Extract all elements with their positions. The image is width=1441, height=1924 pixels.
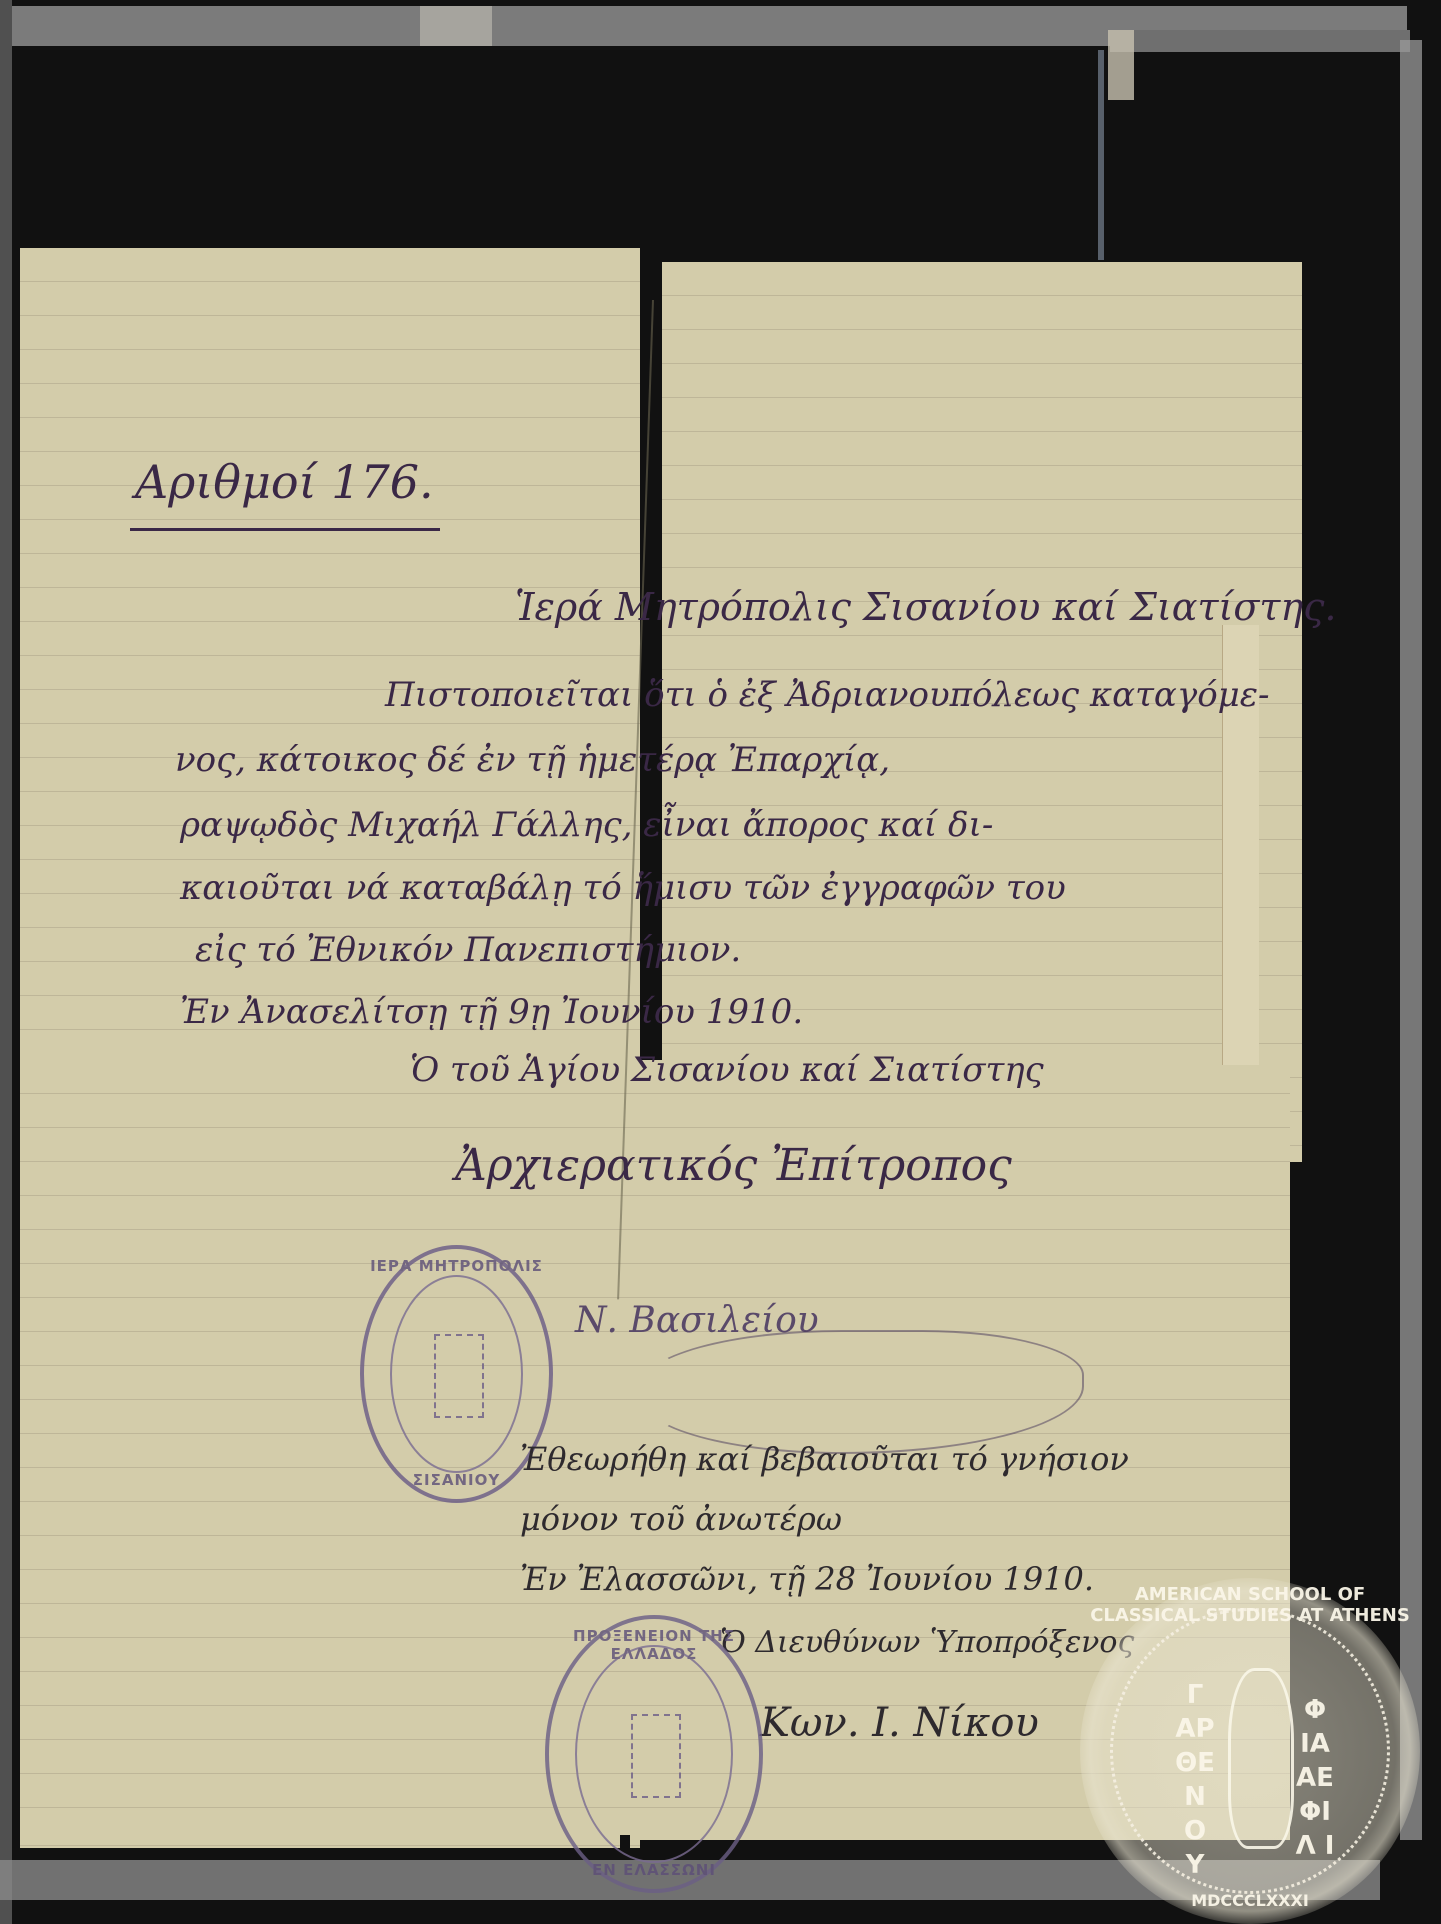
sleeve-edge (1098, 50, 1104, 260)
consulate-stamp: ΠΡΟΞΕΝΕΙΟΝ ΤΗΣ ΕΛΛΑΔΟΣ ΕΝ ΕΛΑΣΣΩΝΙ (545, 1615, 763, 1893)
signatory-title: Ὁ τοῦ Ἁγίου Σισανίου καί Σιατίστης (410, 1050, 1044, 1090)
plastic-sleeve-right (1400, 40, 1422, 1840)
signatory-name: Ἀρχιερατικός Ἐπίτροπος (455, 1140, 1012, 1191)
certification-line: μόνον τοῦ ἀνωτέρω (520, 1500, 842, 1538)
body-line: νος, κάτοικος δέ ἐν τῇ ἡμετέρᾳ Ἐπαρχίᾳ, (175, 740, 890, 780)
plastic-sleeve-left (0, 0, 12, 1924)
body-line: ραψῳδὸς Μιχαήλ Γάλλης, εἶναι ἄπορος καί … (180, 805, 993, 845)
certification-date: Ἐν Ἐλασσῶνι, τῇ 28 Ἰουνίου 1910. (520, 1560, 1094, 1598)
stamp-crest-icon (631, 1714, 681, 1798)
stamp-emblem-icon (434, 1334, 484, 1418)
consul-title: Ὁ Διευθύνων Ὑποπρόξενος (720, 1625, 1134, 1660)
stamp-text-bottom: ΕΝ ΕΛΑΣΣΩΝΙ (549, 1861, 759, 1879)
seal-left-letters: Γ ΑΡ ΘΕ Ν Ο Υ (1175, 1678, 1215, 1882)
date-line: Ἐν Ἀνασελίτσῃ τῇ 9ῃ Ἰουνίου 1910. (180, 992, 803, 1032)
tape-strip (1108, 30, 1134, 100)
tape-strip (420, 6, 492, 46)
seal-text: AMERICAN SCHOOL OF CLASSICAL STUDIES AT … (1080, 1584, 1420, 1626)
stamp-text-top: ΠΡΟΞΕΝΕΙΟΝ ΤΗΣ ΕΛΛΑΔΟΣ (549, 1627, 759, 1663)
body-line: Πιστοποιεῖται ὅτι ὁ ἐξ Ἀδριανουπόλεως κα… (385, 675, 1270, 715)
document-title: Ἱερά Μητρόπολις Σισανίου καί Σιατίστης. (515, 585, 1336, 629)
number-underline (130, 528, 440, 531)
certification-line: Ἐθεωρήθη καί βεβαιοῦται τό γνήσιον (520, 1440, 1129, 1478)
archive-watermark-seal: AMERICAN SCHOOL OF CLASSICAL STUDIES AT … (1080, 1578, 1420, 1924)
plastic-sleeve-fold (1110, 30, 1410, 52)
seal-year: MDCCCLXXXI (1080, 1891, 1420, 1910)
stamp-text-top: ΙΕΡΑ ΜΗΤΡΟΠΟΛΙΣ (364, 1257, 549, 1275)
seal-right-letters: Φ ΙΑ ΑΕ ΦΙ Λ Ι (1295, 1693, 1335, 1863)
body-line: καιοῦται νά καταβάλῃ τό ἥμισυ τῶν ἐγγραφ… (180, 868, 1066, 908)
amphora-icon (1228, 1668, 1294, 1849)
consul-signature: Κων. Ι. Νίκου (760, 1700, 1039, 1746)
body-line: εἰς τό Ἐθνικόν Πανεπιστήμιον. (195, 930, 741, 970)
document-number: Αριθμοί 176. (135, 455, 434, 509)
